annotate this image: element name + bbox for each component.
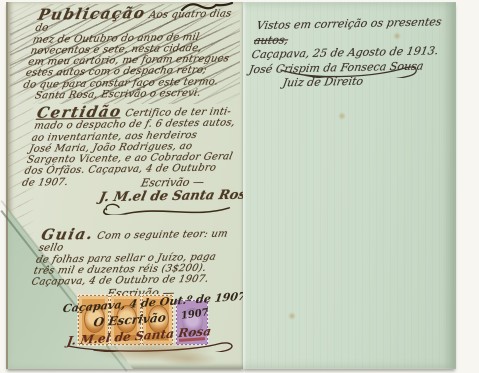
opening-word: Guia. xyxy=(40,225,96,244)
revenue-stamps: 1907 Caçapava, 4 de Out.º de 1907 O Escr… xyxy=(76,292,244,356)
cancellation-strikes xyxy=(10,4,240,104)
cancellation-flourish xyxy=(66,338,246,352)
document-scan: PublicaçãoAos quatro dias do mez de Outu… xyxy=(0,0,479,373)
right-page: Vistos em correição os presentes autos, … xyxy=(243,2,456,369)
struck-word: autos, xyxy=(253,33,289,47)
stamp-year-inscription: 1907 xyxy=(180,307,209,322)
left-page: PublicaçãoAos quatro dias do mez de Outu… xyxy=(6,2,244,369)
handwriting-line: Vistos em correição os presentes autos, xyxy=(253,15,461,48)
judge-signature-flourish xyxy=(277,60,427,78)
handwriting-line: Guia.Com o seguinte teor: um sello xyxy=(37,226,249,254)
paper-spot xyxy=(338,112,346,120)
signature-name: J. M.el de Santa Rosa xyxy=(98,188,242,205)
correicao-note: Vistos em correição os presentes autos, … xyxy=(245,15,460,92)
paper-spot xyxy=(288,312,296,320)
clerk-signature-block: Escrivão — J. M.el de Santa Rosa xyxy=(96,175,245,215)
